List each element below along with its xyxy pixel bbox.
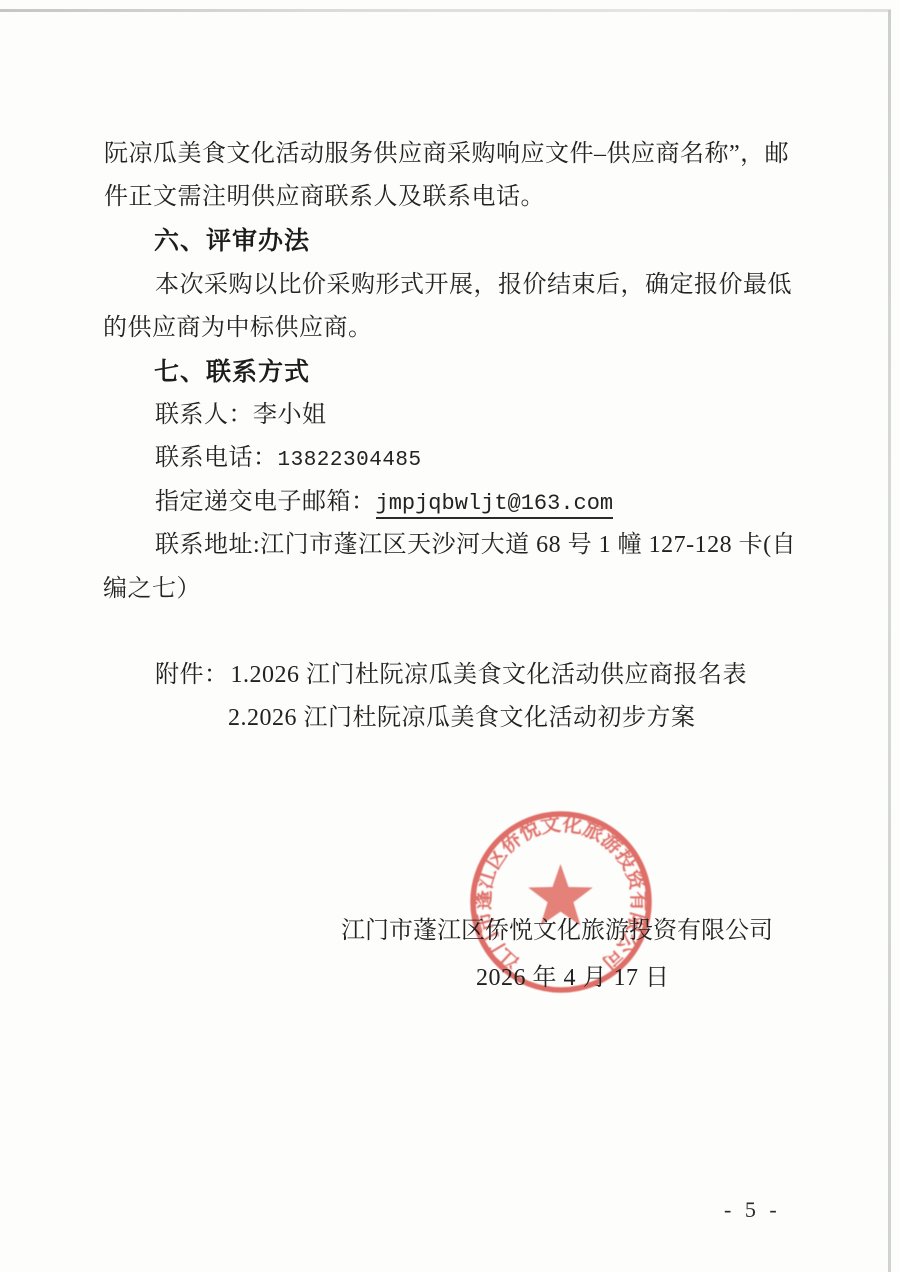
attachments-label: 附件： [155,662,229,688]
page-number: - 5 - [724,1195,778,1225]
section6-line1: 本次采购以比价采购形式开展，报价结束后，确定报价最低 [155,270,792,300]
scan-edge-top [0,9,891,12]
contact-person-line: 联系人：李小姐 [155,400,327,430]
contact-phone-value: 13822304485 [278,449,422,472]
paragraph-intro-line2: 件正文需注明供应商联系人及联系电话。 [104,182,545,212]
attachment-item-1: 1.2026 江门杜阮凉瓜美食文化活动供应商报名表 [231,662,748,688]
section6-line2: 的供应商为中标供应商。 [103,313,373,343]
section7-heading: 七、联系方式 [154,357,310,387]
contact-email-line: 指定递交电子邮箱：jmpjqbwljt@163.com [155,487,613,519]
scan-edge-right [888,10,891,1272]
signature-company-name: 江门市蓬江区侨悦文化旅游投资有限公司 [341,916,773,946]
contact-address-line1: 联系地址:江门市蓬江区天沙河大道 68 号 1 幢 127-128 卡(自 [155,530,796,560]
signature-date: 2026 年 4 月 17 日 [476,963,670,993]
attachment-item-2: 2.2026 江门杜阮凉瓜美食文化活动初步方案 [228,703,696,733]
contact-email-label: 指定递交电子邮箱： [155,489,376,515]
scanned-document-page: 阮凉瓜美食文化活动服务供应商采购响应文件–供应商名称”，邮 件正文需注明供应商联… [0,0,900,1272]
contact-email-value: jmpjqbwljt@163.com [376,491,614,519]
paragraph-intro-line1: 阮凉瓜美食文化活动服务供应商采购响应文件–供应商名称”，邮 [104,139,789,169]
section6-heading: 六、评审办法 [154,226,310,256]
contact-phone-line: 联系电话：13822304485 [155,443,422,476]
attachments-line1: 附件：1.2026 江门杜阮凉瓜美食文化活动供应商报名表 [155,660,747,690]
contact-phone-label: 联系电话： [155,445,278,471]
contact-address-line2: 编之七） [103,574,201,604]
